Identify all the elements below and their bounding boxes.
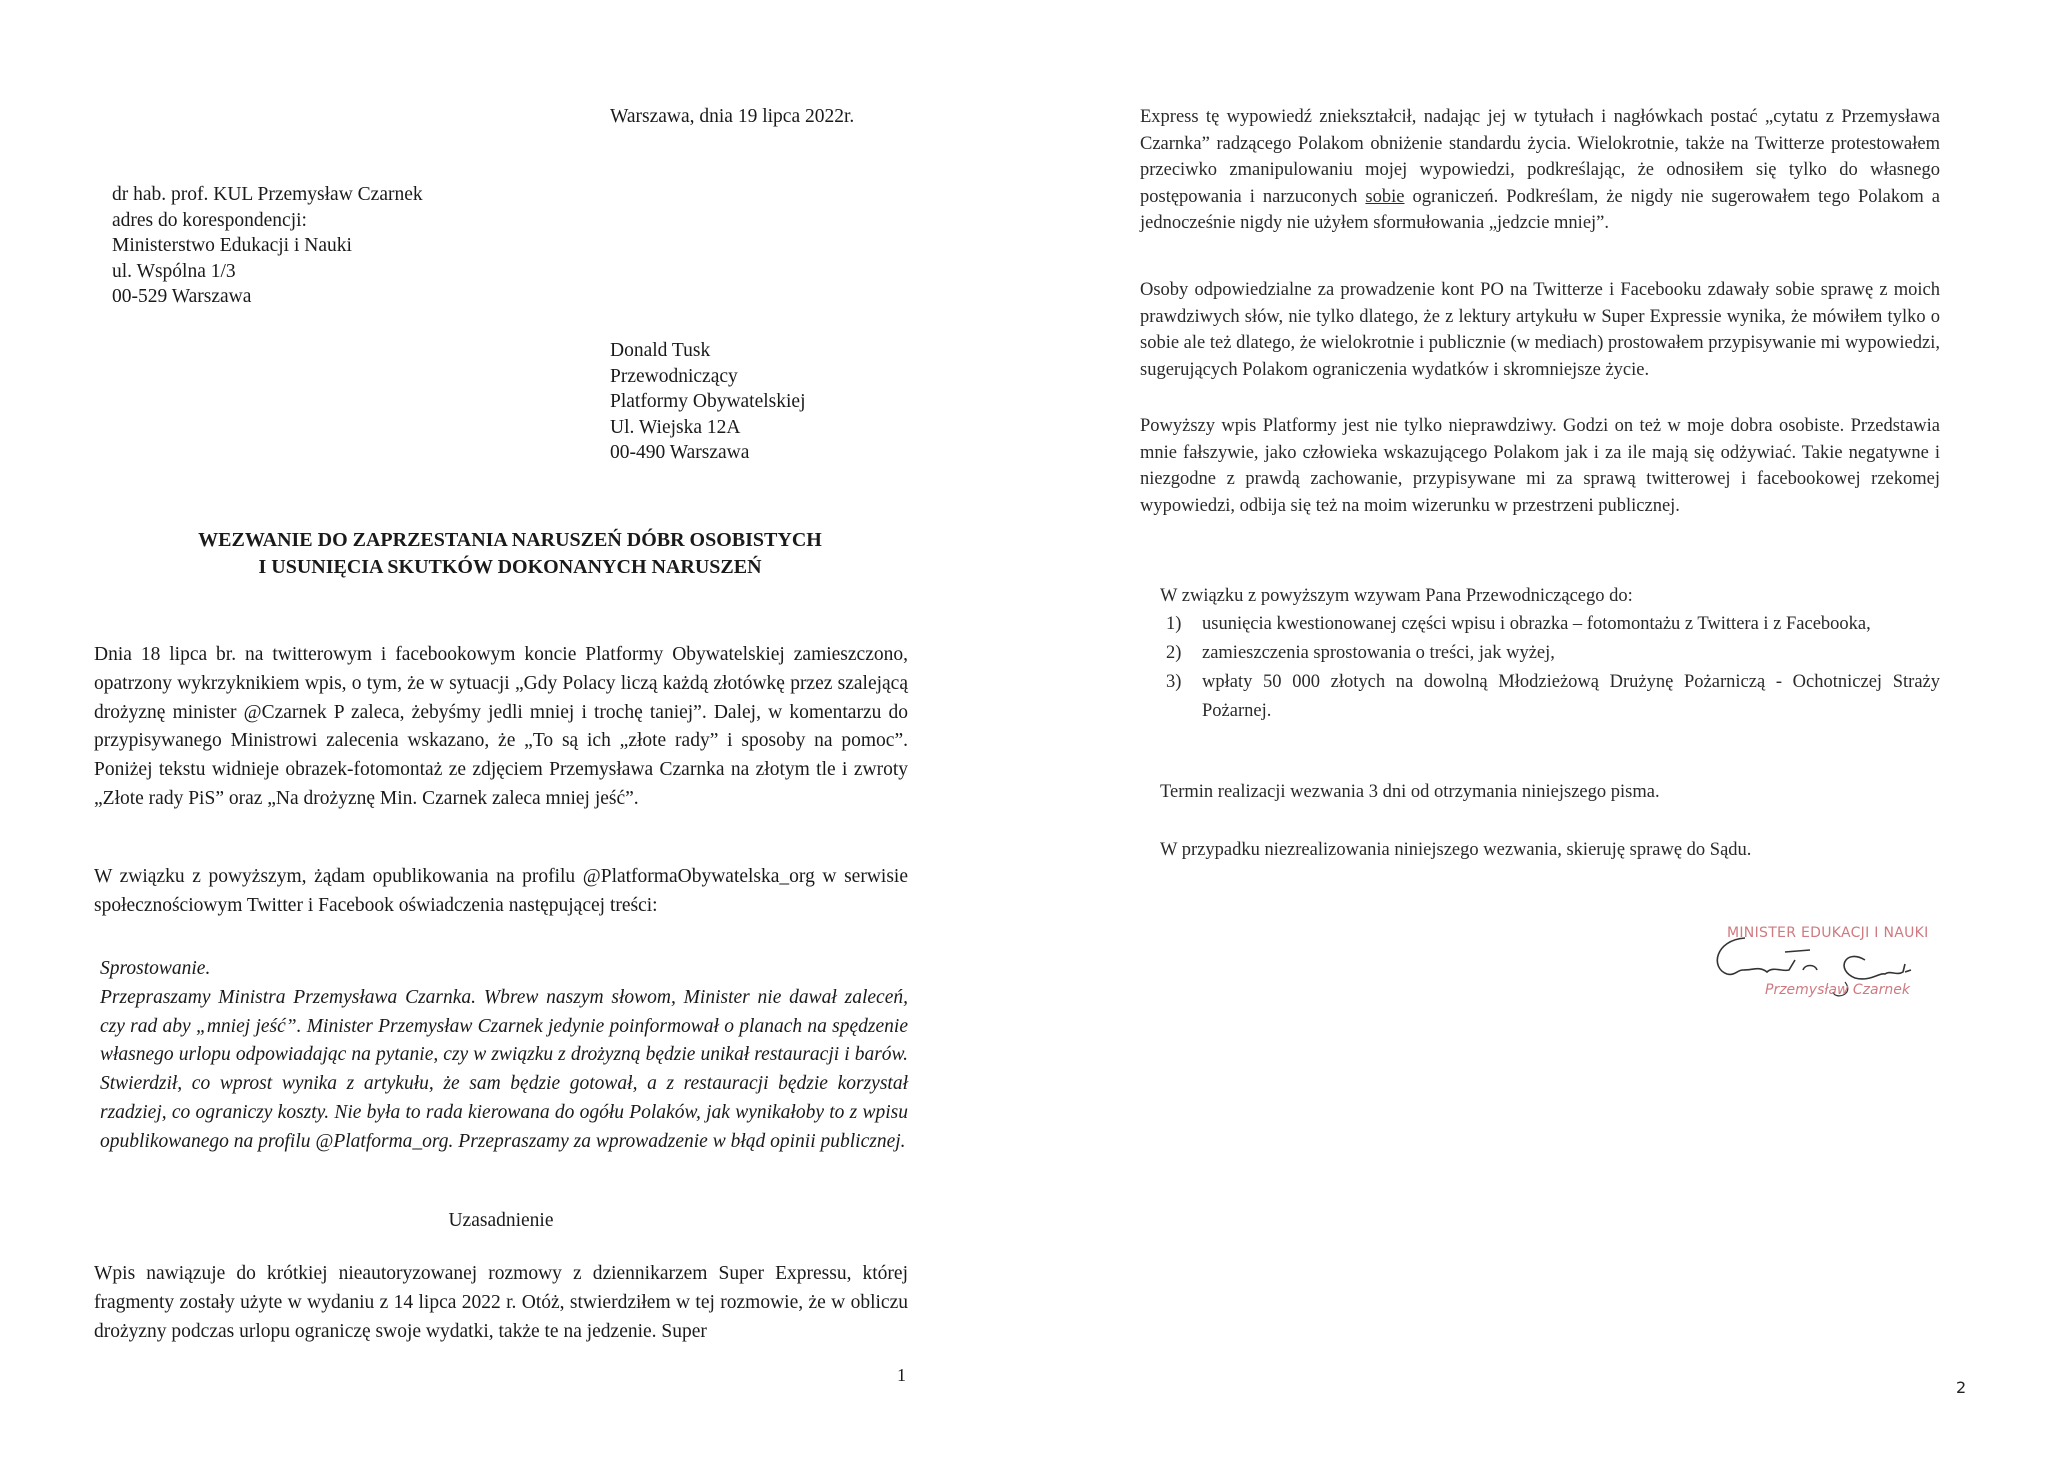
recipient-line: Platformy Obywatelskiej xyxy=(610,389,806,415)
sender-line: dr hab. prof. KUL Przemysław Czarnek xyxy=(112,182,423,208)
demands-intro: W związku z powyższym wzywam Pana Przewo… xyxy=(1160,586,1633,607)
paragraph-demand: W związku z powyższym, żądam opublikowan… xyxy=(94,863,908,921)
page-number: 2 xyxy=(1956,1378,1966,1397)
letter-date: Warszawa, dnia 19 lipca 2022r. xyxy=(610,106,854,128)
sender-line: 00-529 Warszawa xyxy=(112,284,423,310)
paragraph-responsibility: Osoby odpowiedzialne za prowadzenie kont… xyxy=(1140,277,1940,383)
demand-item: 3) wpłaty 50 000 złotych na dowolną Młod… xyxy=(1166,668,1940,726)
demand-text: usunięcia kwestionowanej części wpisu i … xyxy=(1202,610,1940,639)
stamp-name: Przemysław Czarnek xyxy=(1765,982,1910,998)
recipient-line: Przewodniczący xyxy=(610,364,806,390)
correction-text: Przepraszamy Ministra Przemysława Czarnk… xyxy=(100,984,908,1157)
deadline-notice: Termin realizacji wezwania 3 dni od otrz… xyxy=(1160,782,1660,803)
demand-text: zamieszczenia sprostowania o treści, jak… xyxy=(1202,639,1940,668)
page-number: 1 xyxy=(897,1365,906,1386)
document-title: WEZWANIE DO ZAPRZESTANIA NARUSZEŃ DÓBR O… xyxy=(120,527,900,581)
demand-number: 3) xyxy=(1166,668,1202,726)
sender-line: adres do korespondencji: xyxy=(112,208,423,234)
demand-text: wpłaty 50 000 złotych na dowolną Młodzie… xyxy=(1202,668,1940,726)
paragraph-justification: Wpis nawiązuje do krótkiej nieautoryzowa… xyxy=(94,1260,908,1346)
justification-heading: Uzasadnienie xyxy=(94,1210,908,1232)
page-1: Warszawa, dnia 19 lipca 2022r. dr hab. p… xyxy=(0,0,1024,1473)
demand-number: 2) xyxy=(1166,639,1202,668)
underlined-word: sobie xyxy=(1365,187,1404,207)
recipient-address: Donald Tusk Przewodniczący Platformy Oby… xyxy=(610,338,806,466)
paragraph-facts: Dnia 18 lipca br. na twitterowym i faceb… xyxy=(94,641,908,814)
recipient-line: Donald Tusk xyxy=(610,338,806,364)
correction-heading: Sprostowanie. xyxy=(100,955,908,984)
paragraph-distortion: Express tę wypowiedź zniekształcił, nada… xyxy=(1140,104,1940,237)
demands-list: 1) usunięcia kwestionowanej części wpisu… xyxy=(1166,610,1940,726)
sender-line: Ministerstwo Edukacji i Nauki xyxy=(112,233,423,259)
sender-address: dr hab. prof. KUL Przemysław Czarnek adr… xyxy=(112,182,423,310)
paragraph-personal-rights: Powyższy wpis Platformy jest nie tylko n… xyxy=(1140,413,1940,519)
recipient-line: Ul. Wiejska 12A xyxy=(610,415,806,441)
demand-item: 2) zamieszczenia sprostowania o treści, … xyxy=(1166,639,1940,668)
demand-number: 1) xyxy=(1166,610,1202,639)
recipient-line: 00-490 Warszawa xyxy=(610,440,806,466)
title-line: WEZWANIE DO ZAPRZESTANIA NARUSZEŃ DÓBR O… xyxy=(120,527,900,554)
signature-stamp: MINISTER EDUKACJI I NAUKI Przemysław Cza… xyxy=(1705,920,1965,1010)
sender-line: ul. Wspólna 1/3 xyxy=(112,259,423,285)
demand-item: 1) usunięcia kwestionowanej części wpisu… xyxy=(1166,610,1940,639)
correction-statement: Sprostowanie. Przepraszamy Ministra Prze… xyxy=(100,955,908,1157)
title-line: I USUNIĘCIA SKUTKÓW DOKONANYCH NARUSZEŃ xyxy=(120,554,900,581)
court-notice: W przypadku niezrealizowania niniejszego… xyxy=(1160,840,1751,861)
